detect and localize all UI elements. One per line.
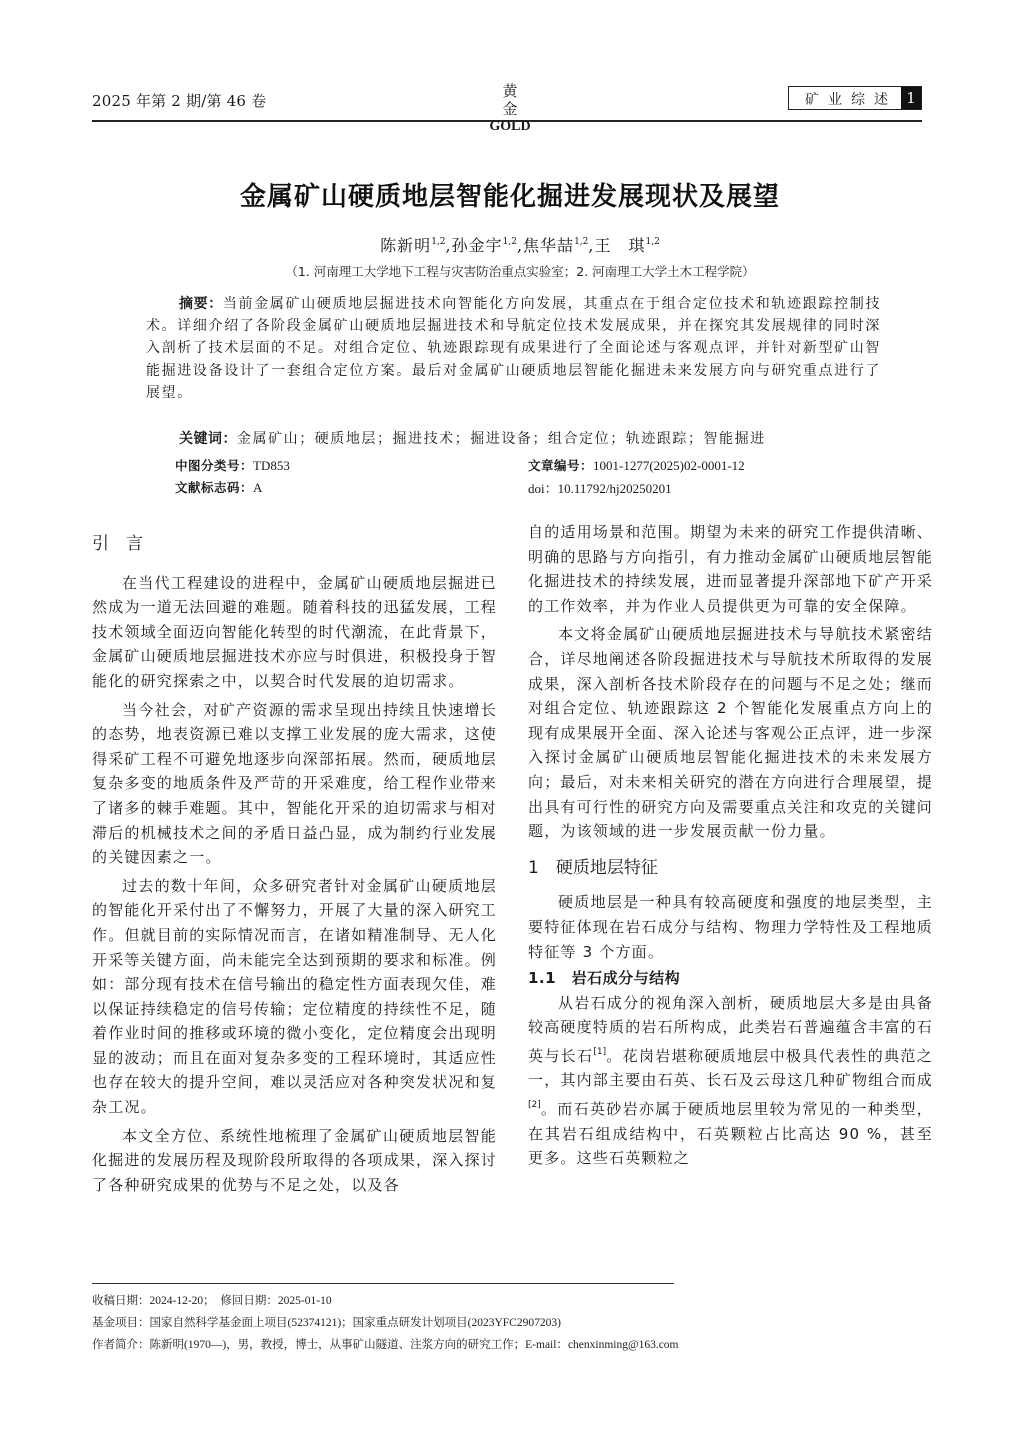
section-heading-1-1: 1.1 岩石成分与结构 xyxy=(528,966,933,991)
paragraph: 过去的数十年间，众多研究者针对金属矿山硬质地层的智能化开采付出了不懈努力，开展了… xyxy=(92,874,497,1120)
funding-info: 基金项目：国家自然科学基金面上项目(52374121)；国家重点研发计划项目(2… xyxy=(92,1312,679,1334)
section-label: 矿业综述 xyxy=(789,87,901,109)
affiliations: （1. 河南理工大学地下工程与灾害防治重点实验室；2. 河南理工大学土木工程学院… xyxy=(0,262,1020,280)
clc-number: 中图分类号：TD853 xyxy=(175,456,290,474)
received-date: 收稿日期：2024-12-20； 修回日期：2025-01-10 xyxy=(92,1290,679,1312)
paragraph: 在当代工程建设的进程中，金属矿山硬质地层掘进已然成为一道无法回避的难题。随着科技… xyxy=(92,571,497,694)
paragraph: 自的适用场景和范围。期望为未来的研究工作提供清晰、明确的思路与方向指引，有力推动… xyxy=(528,520,933,618)
citation-1[interactable]: [1] xyxy=(593,1047,606,1057)
doi-link[interactable]: 10.11792/hj20250201 xyxy=(558,481,672,496)
document-code: 文献标志码：A xyxy=(175,478,262,496)
keywords-label: 关键词： xyxy=(179,431,237,447)
section-heading-intro: 引 言 xyxy=(92,532,497,557)
running-header: 2025 年第 2 期/第 46 卷 黄 金 GOLD 矿业综述 1 xyxy=(92,82,922,122)
right-column: 自的适用场景和范围。期望为未来的研究工作提供清晰、明确的思路与方向指引，有力推动… xyxy=(528,520,933,1171)
keywords-text: 金属矿山；硬质地层；掘进技术；掘进设备；组合定位；轨迹跟踪；智能掘进 xyxy=(237,431,766,447)
abstract-label: 摘要： xyxy=(179,296,223,312)
abstract: 摘要：当前金属矿山硬质地层掘进技术向智能化方向发展，其重点在于组合定位技术和轨迹… xyxy=(146,293,881,404)
article-title: 金属矿山硬质地层智能化掘进发展现状及展望 xyxy=(0,176,1020,213)
author: 陈新明 xyxy=(380,236,431,255)
keywords: 关键词：金属矿山；硬质地层；掘进技术；掘进设备；组合定位；轨迹跟踪；智能掘进 xyxy=(179,428,766,448)
left-column: 引 言 在当代工程建设的进程中，金属矿山硬质地层掘进已然成为一道无法回避的难题。… xyxy=(92,532,497,1197)
author: 孙金宇 xyxy=(452,236,503,255)
citation-2[interactable]: [2] xyxy=(528,1100,541,1110)
page-number: 1 xyxy=(901,87,921,109)
abstract-text: 当前金属矿山硬质地层掘进技术向智能化方向发展，其重点在于组合定位技术和轨迹跟踪控… xyxy=(146,296,881,401)
footnote-divider xyxy=(92,1283,674,1284)
paragraph: 当今社会，对矿产资源的需求呈现出持续且快速增长的态势，地表资源已难以支撑工业发展… xyxy=(92,698,497,870)
section-heading-1: 1 硬质地层特征 xyxy=(528,856,933,881)
issue-info: 2025 年第 2 期/第 46 卷 xyxy=(92,90,266,111)
author: 王 琪 xyxy=(594,236,645,255)
author: 焦华喆 xyxy=(523,236,574,255)
footnotes: 收稿日期：2024-12-20； 修回日期：2025-01-10 基金项目：国家… xyxy=(92,1290,679,1356)
doi: doi：10.11792/hj20250201 xyxy=(528,478,672,497)
article-number: 文章编号：1001-1277(2025)02-0001-12 xyxy=(528,456,745,474)
section-badge: 矿业综述 1 xyxy=(788,86,922,110)
paragraph: 硬质地层是一种具有较高硬度和强度的地层类型，主要特征体现在岩石成分与结构、物理力… xyxy=(528,890,933,964)
paragraph: 本文将金属矿山硬质地层掘进技术与导航技术紧密结合，详尽地阐述各阶段掘进技术与导航… xyxy=(528,622,933,843)
header-divider xyxy=(92,120,922,122)
author-bio: 作者简介：陈新明(1970—)，男，教授，博士，从事矿山隧道、注浆方向的研究工作… xyxy=(92,1334,679,1356)
paragraph: 从岩石成分的视角深入剖析，硬质地层大多是由具备较高硬度特质的岩石所构成，此类岩石… xyxy=(528,991,933,1171)
journal-name: 黄 金 GOLD xyxy=(480,82,540,136)
journal-name-cn: 黄 金 xyxy=(480,82,540,118)
paragraph: 本文全方位、系统性地梳理了金属矿山硬质地层智能化掘进的发展历程及现阶段所取得的各… xyxy=(92,1124,497,1198)
author-list: 陈新明1,2,孙金宇1,2,焦华喆1,2,王 琪1,2 xyxy=(0,233,1020,256)
